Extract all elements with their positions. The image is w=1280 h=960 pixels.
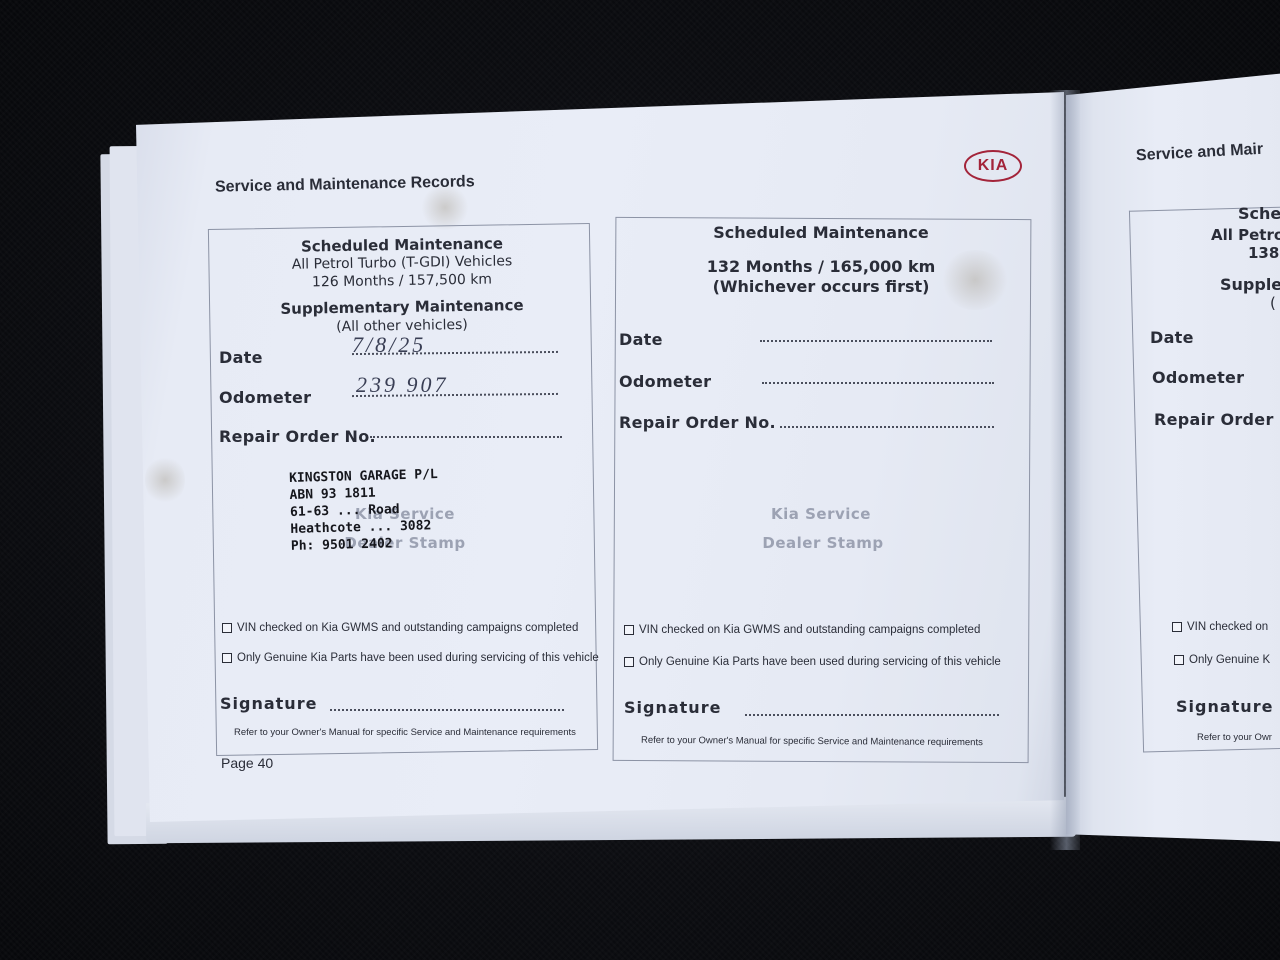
- checkbox-icon[interactable]: [222, 653, 232, 663]
- signature-field[interactable]: [745, 714, 999, 716]
- repair-order-label: Repair Order: [1154, 410, 1274, 429]
- signature-label: Signature: [624, 698, 721, 717]
- genuine-parts-row[interactable]: Only Genuine Kia Parts have been used du…: [222, 652, 599, 664]
- repair-order-label: Repair Order No.: [219, 427, 376, 446]
- record-2-heading: Scheduled Maintenance: [614, 223, 1028, 242]
- service-record-box-2: [613, 217, 1032, 763]
- genuine-parts-row[interactable]: Only Genuine Kia Parts have been used du…: [624, 656, 1001, 668]
- vin-checked-row[interactable]: VIN checked on Kia GWMS and outstanding …: [222, 622, 578, 634]
- checkbox-icon[interactable]: [222, 623, 232, 633]
- date-label: Date: [1150, 328, 1194, 347]
- vin-checked-row[interactable]: VIN checked on Kia GWMS and outstanding …: [624, 624, 980, 636]
- owners-manual-note: Refer to your Owr: [1197, 732, 1272, 743]
- stamp-placeholder-text: Kia Service: [736, 505, 906, 523]
- checkbox-icon[interactable]: [1174, 655, 1184, 665]
- odometer-field[interactable]: [762, 382, 994, 384]
- owners-manual-note: Refer to your Owner's Manual for specifi…: [234, 727, 576, 738]
- record-3-heading: Sche: [1238, 204, 1280, 223]
- date-label: Date: [619, 330, 663, 349]
- vin-checked-row[interactable]: VIN checked on: [1172, 621, 1268, 633]
- signature-label: Signature: [1176, 697, 1273, 716]
- vin-checked-label: VIN checked on Kia GWMS and outstanding …: [639, 624, 980, 636]
- odometer-label: Odometer: [619, 372, 711, 391]
- record-3-supplementary: Supple: [1220, 275, 1280, 294]
- date-label: Date: [219, 348, 263, 367]
- right-page-content: Service and Mair Sche All Petro 138 Supp…: [1066, 72, 1280, 842]
- date-handwritten-value: 7/8/25: [352, 332, 426, 358]
- checkbox-icon[interactable]: [1172, 622, 1182, 632]
- record-2-interval: 132 Months / 165,000 km: [614, 257, 1028, 276]
- genuine-parts-row[interactable]: Only Genuine K: [1174, 654, 1270, 666]
- stamp-placeholder-text: Dealer Stamp: [738, 534, 908, 552]
- signature-label: Signature: [220, 694, 317, 713]
- signature-field[interactable]: [330, 709, 564, 711]
- date-field[interactable]: [760, 340, 992, 342]
- checkbox-icon[interactable]: [624, 625, 634, 635]
- fingerprint-smudge: [145, 455, 185, 505]
- checkbox-icon[interactable]: [624, 657, 634, 667]
- record-2-whichever: (Whichever occurs first): [614, 277, 1028, 296]
- genuine-parts-label: Only Genuine Kia Parts have been used du…: [639, 656, 1001, 668]
- genuine-parts-label: Only Genuine Kia Parts have been used du…: [237, 652, 599, 664]
- repair-order-field[interactable]: [370, 436, 562, 438]
- genuine-parts-label: Only Genuine K: [1189, 654, 1270, 666]
- record-3-supplementary-sub: (: [1270, 294, 1276, 312]
- odometer-label: Odometer: [219, 388, 311, 407]
- record-3-interval: 138: [1248, 244, 1279, 262]
- repair-order-field[interactable]: [780, 426, 994, 428]
- odometer-label: Odometer: [1152, 368, 1244, 387]
- repair-order-label: Repair Order No.: [619, 413, 776, 432]
- vin-checked-label: VIN checked on Kia GWMS and outstanding …: [237, 622, 578, 634]
- odometer-handwritten-value: 239 907: [356, 372, 449, 398]
- dealer-stamp: KINGSTON GARAGE P/L ABN 93 1811 61-63 ..…: [289, 466, 440, 555]
- kia-logo: KIA: [964, 150, 1022, 182]
- page-number: Page 40: [221, 755, 273, 771]
- record-3-subheading: All Petro: [1211, 226, 1280, 244]
- section-title: Service and Mair: [1136, 141, 1264, 166]
- vin-checked-label: VIN checked on: [1187, 621, 1268, 633]
